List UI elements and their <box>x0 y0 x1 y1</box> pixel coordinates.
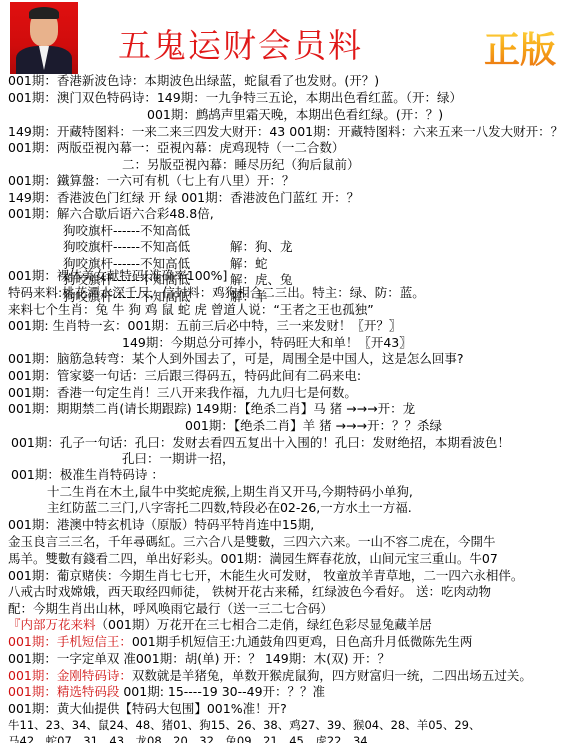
page-header: 五鬼运财会员料 正版 <box>0 0 579 80</box>
highlight-label: 001期：金刚特码诗： <box>8 668 132 683</box>
text-line: 001期：【绝杀二肖】羊 猪 →→→开：？？杀绿 <box>185 418 442 433</box>
text-line: 001期：金刚特码诗：双数就是羊猪兔，单数开猴虎鼠狗，四方财富归一统，二四出场五… <box>8 668 532 683</box>
text-line: 001期：两版亞視內幕一：亞視內幕：虎鸡现特（一二合数） <box>8 140 344 155</box>
text-line: 十二生肖在木土,鼠牛中奖蛇虎猴,上期生肖又开马,今期特码小单狗, <box>47 484 413 499</box>
text-line: 馬羊。雙數有錢看二四，单出好彩头。001期：満园生辉春花放，山间元宝三重山。牛0… <box>8 551 498 566</box>
text-line: 149期：今期总分可捧小，特码旺大和单！〖开43〗 <box>122 335 412 350</box>
avatar-photo <box>10 2 78 74</box>
text-line: 牛11、23、34、鼠24、48、猪01、狗15、26、38、鸡27、39、猴0… <box>8 718 481 733</box>
text-line: 001期：极准生肖特码诗 ： <box>11 467 164 482</box>
text-line: 狗咬旗杆------不知高低 <box>63 223 190 238</box>
line-text: 001期手机短信王:九通鼓角四更鸡，日色高升月低微陈先生两 <box>132 634 473 649</box>
text-line: 001期：孔子一句话：孔曰：发财去看四五复出十入围的！孔曰：发财绝招，本期看波色… <box>11 435 510 450</box>
text-line: 001期：澳门双色特码诗：149期：一九争特三五论，本期出色看红蓝。（开：绿） <box>8 90 462 105</box>
text-line: 001期：脑筋急转弯：某个人到外国去了，可是，周围全是中国人，这是怎么回事? <box>8 351 464 366</box>
text-line: 来料七个生肖：兔 牛 狗 鸡 鼠 蛇 虎 曾道人说：“王者之王也孤独” <box>8 302 374 317</box>
text-line: 二：另版亞視內幕：睡尽历纪（狗后鼠前） <box>122 157 360 172</box>
text-line: 主红防蓝二三门,八字寄托二四数,特段必在02-26,一方水土一方福. <box>47 500 412 515</box>
text-line: 001期：香港新波色诗：本期波色出绿蓝，蛇鼠看了也发财。(开？) <box>8 73 379 88</box>
text-line: 001期：管家婆一句话：三后跟三得码五，特码此间有二码来电: <box>8 368 361 383</box>
text-line: 马42、蛇07、31、43、龙08、20、32、兔09、21、45、虎22、34 <box>8 734 368 743</box>
genuine-badge: 正版 <box>484 22 556 73</box>
text-line: 001期：港澳中特玄机诗（原版）特码平特肖连中15期, <box>8 517 314 532</box>
text-line: 001期：期期禁二肖(请长期跟踪) 149期：【绝杀二肖】马 猪 →→→开：龙 <box>8 401 415 416</box>
text-line: 001期：黄大仙提供【特码大包围】001%准！开? <box>8 701 287 716</box>
text-line: 八戒古时戏嫦娥，西天取经四师徒， 铁树开花古来稀，红绿波色今看好。 送：吃肉动物 <box>8 584 491 599</box>
photo-hair-shape <box>29 7 59 19</box>
text-line: 001期：裸体美女献特码[准确率100%] <box>8 268 227 283</box>
line-text: 双数就是羊猪兔，单数开猴虎鼠狗，四方财富归一统，二四出场五过关。 <box>132 668 532 683</box>
text-line: 狗咬旗杆------不知高低 <box>63 239 190 254</box>
highlight-label: 001期：手机短信王： <box>8 634 132 649</box>
page-title: 五鬼运财会员料 <box>118 20 363 67</box>
text-line: 149期：开藏特图料：一来二来三四发大财开：43 001期：开藏特图料：六来五来… <box>8 124 563 139</box>
text-line: 解：狗、龙 <box>230 239 293 254</box>
text-line: 配：今期生肖出山林，呼风唤雨它最行（送一三二七合码） <box>8 601 333 616</box>
text-line: 001期：解六合歇后语六合彩48.8倍, <box>8 206 214 221</box>
text-line: 孔曰：一期讲一招， <box>122 451 235 466</box>
text-line: 001期: 生肖特一玄：001期：五前三后必中特，三一来发财！〖开？〗 <box>8 318 401 333</box>
text-line: 001期：香港一句定生肖！三八开来我作福，九九归七是何数。 <box>8 385 357 400</box>
text-line: 『内部万花来料（001期）万花开在三七相合二走俏，绿红色彩尽显兔藏羊居 <box>8 617 432 632</box>
highlight-label: 001期：精选特码段 <box>8 684 119 699</box>
text-line: 001期：鹧鸪声里霜天晚，本期出色看红绿。(开：？) <box>147 107 443 122</box>
text-line: 149期：香港波色门红绿 开 绿 001期：香港波色门蓝红 开：？ <box>8 190 359 205</box>
line-text: （001期）万花开在三七相合二走俏，绿红色彩尽显兔藏羊居 <box>96 617 432 632</box>
text-line: 001期：鐵算盤：一六可有机（七上有八里）开：？ <box>8 173 294 188</box>
highlight-label: 『内部万花来料 <box>8 617 96 632</box>
text-line: 001期：精选特码段 001期: 15----19 30--49开：？？准 <box>8 684 325 699</box>
text-line: 001期：一字定单双 准001期：胡(单) 开：？ 149期：木(双) 开：？ <box>8 651 390 666</box>
text-line: 解：蛇 <box>230 256 268 271</box>
text-line: 001期：葡京赌侠：今期生肖七七开，木能生火可发财， 牧童放羊青草地，二一四六永… <box>8 568 523 583</box>
text-line: 金玉良言三三名，千年尋碼紅。三六合八是雙數，三四六六来。一山不容二虎在，今開牛 <box>8 534 496 549</box>
text-line: 特码来料:桃花潭水深千尺，信封料：鸡狗相合二三出。特主：绿、防：蓝。 <box>8 285 425 300</box>
line-text: 001期: 15----19 30--49开：？？准 <box>119 684 325 699</box>
text-line: 001期：手机短信王：001期手机短信王:九通鼓角四更鸡，日色高升月低微陈先生两 <box>8 634 472 649</box>
